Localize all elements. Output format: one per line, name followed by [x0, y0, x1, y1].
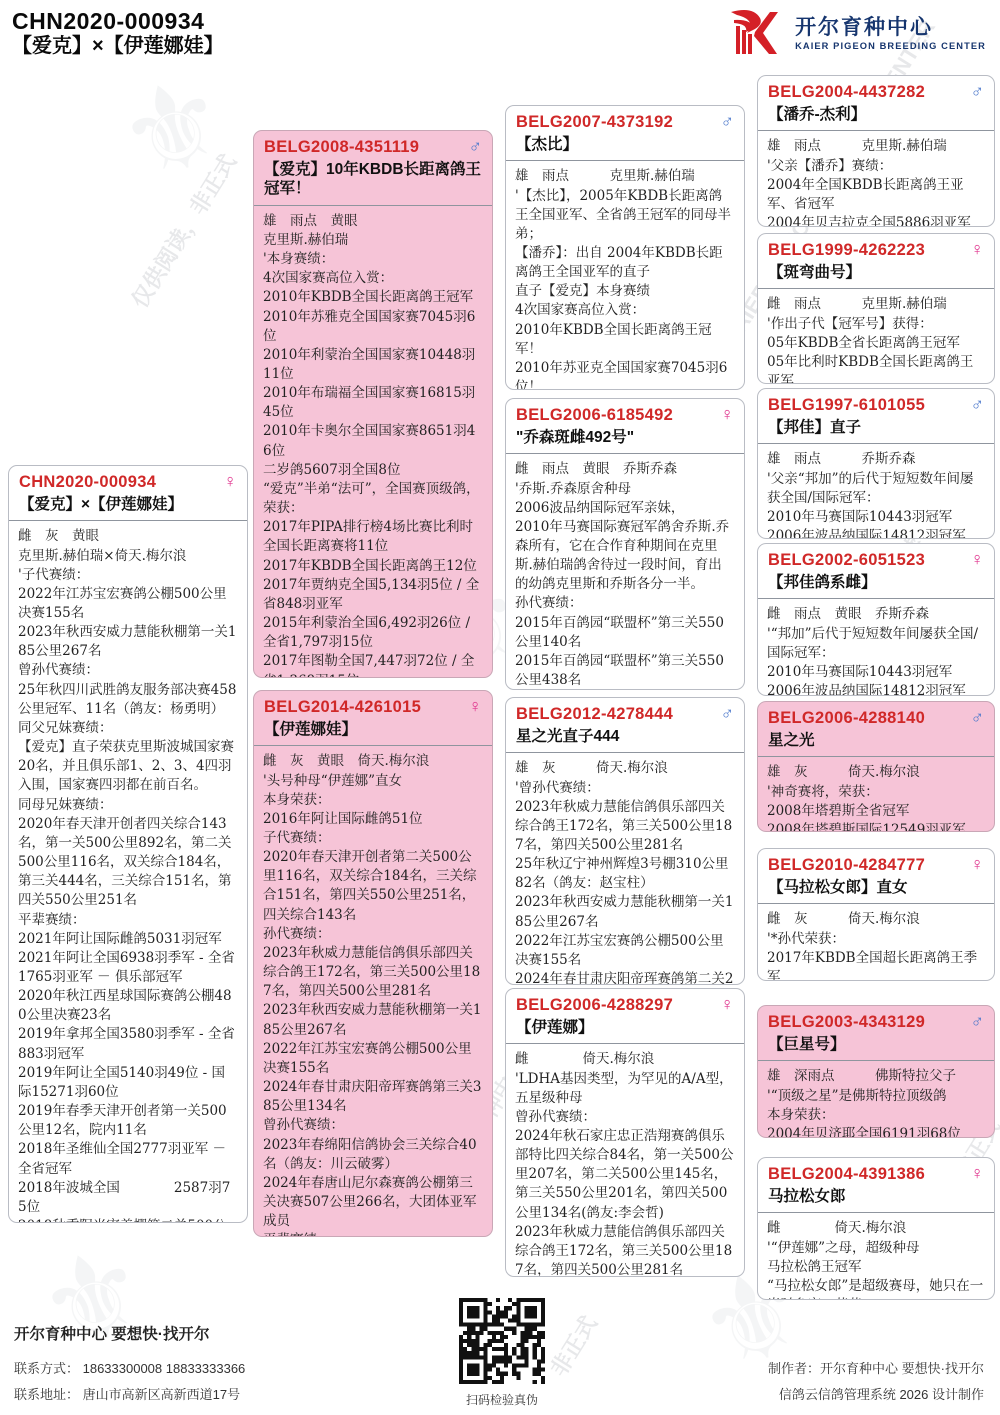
pigeon-name: 【伊莲娜娃】: [264, 720, 482, 739]
race-record: 雄 灰 倚天.梅尔浪 '神奇赛将，荣获： 2008年塔碧斯全省冠军 2008年塔…: [758, 757, 994, 831]
race-record: 雄 灰 倚天.梅尔浪 '曾孙代赛绩： 2023年秋威力慧能信鸽俱乐部四关综合鸽王…: [506, 753, 744, 984]
main-ring-number: CHN2020-000934: [12, 8, 224, 34]
ring-number: BELG1999-4262223: [768, 241, 925, 260]
pigeon-name: 【巨星号】: [768, 1035, 984, 1054]
pedigree-box-ggp-1: BELG2004-4437282 ♂ 【潘乔-杰利】 雄 雨点 克里斯.赫伯瑞 …: [757, 75, 995, 227]
race-record: 雌 灰 黄眼 倚天.梅尔浪 '头号种母“伊莲娜”直女 本身荣获： 2016年阿让…: [254, 746, 492, 1236]
maker-credit: 制作者：开尔育种中心 要想快·找开尔: [768, 1358, 984, 1377]
male-icon: ♂: [971, 1012, 985, 1030]
pedigree-box-ggp-7: BELG2003-4343129 ♂ 【巨星号】 雄 深雨点 佛斯特拉父子 '“…: [757, 1005, 995, 1138]
pedigree-box-dam: BELG2014-4261015 ♀ 【伊莲娜娃】 雌 灰 黄眼 倚天.梅尔浪 …: [253, 690, 493, 1237]
race-record: 雄 雨点 黄眼 克里斯.赫伯瑞 '本身赛绩： 4次国家赛高位入赏： 2010年K…: [254, 206, 492, 677]
race-record: 雌 雨点 克里斯.赫伯瑞 '作出子代【冠军号】获得： 05年KBDB全省长距离鸽…: [758, 289, 994, 383]
male-icon: ♂: [971, 395, 985, 413]
ring-number: CHN2020-000934: [19, 473, 156, 492]
contact-address: 联系地址： 唐山市高新区高新西道17号: [14, 1384, 240, 1403]
pedigree-box-grandsire-maternal: BELG2012-4278444 ♂ 星之光直子444 雄 灰 倚天.梅尔浪 '…: [505, 697, 745, 985]
race-record: 雌 雨点 黄眼 乔斯乔森 '“邦加”后代于短短数年间屡获全国/国际冠军： 201…: [758, 599, 994, 695]
male-icon: ♂: [469, 137, 483, 155]
pedigree-box-granddam-paternal: BELG2006-6185492 ♀ "乔森斑雌492号" 雌 雨点 黄眼 乔斯…: [505, 398, 745, 690]
contact-phone: 联系方式： 18633300008 18833333366: [14, 1358, 245, 1377]
pedigree-certificate-page: 仅供阅读，非正式 仅供阅读 非正式 开尔育种中心 仅供阅读 仅供阅读，非正式 非…: [0, 0, 1000, 1415]
ring-number: BELG2010-4284777: [768, 856, 925, 875]
pedigree-box-ggp-8: BELG2004-4391386 ♀ 马拉松女郎 雌 倚天.梅尔浪 '“伊莲娜”…: [757, 1157, 995, 1300]
ring-number: BELG2012-4278444: [516, 705, 673, 724]
pedigree-box-granddam-maternal: BELG2006-4288297 ♀ 【伊莲娜】 雌 倚天.梅尔浪 'LDHA基…: [505, 988, 745, 1277]
qr-code: [459, 1298, 545, 1384]
race-record: 雄 深雨点 佛斯特拉父子 '“顶级之星”是佛斯特拉顶级鸽 本身荣获： 2004年…: [758, 1061, 994, 1137]
female-icon: ♀: [971, 855, 985, 873]
ring-number: BELG2002-6051523: [768, 551, 925, 570]
female-icon: ♀: [971, 550, 985, 568]
ring-number: BELG2004-4437282: [768, 83, 925, 102]
race-record: 雌 倚天.梅尔浪 'LDHA基因类型，为罕见的A/A型，五星级种母 曾孙代赛绩：…: [506, 1044, 744, 1276]
ring-number: BELG2008-4351119: [264, 138, 419, 157]
race-record: 雌 灰 黄眼 克里斯.赫伯瑞×倚天.梅尔浪 '子代赛绩： 2022年江苏宝宏赛鸽…: [9, 521, 247, 1222]
pigeon-name: 马拉松女郎: [768, 1187, 984, 1206]
logo-chinese-name: 开尔育种中心: [795, 16, 986, 39]
race-record: 雄 雨点 乔斯乔森 '父亲“邦加”的后代于短短数年间屡获全国/国际冠军： 201…: [758, 444, 994, 538]
pigeon-name: 【邦佳】直子: [768, 418, 984, 437]
pairing-title: 【爱克】×【伊莲娜娃】: [12, 34, 224, 58]
pigeon-name: 【伊莲娜】: [516, 1018, 734, 1037]
ring-number: BELG2006-6185492: [516, 406, 673, 425]
ring-number: BELG2014-4261015: [264, 698, 421, 717]
pedigree-box-ggp-2: BELG1999-4262223 ♀ 【斑弯曲号】 雌 雨点 克里斯.赫伯瑞 '…: [757, 233, 995, 384]
watermark-text: 非正式: [542, 1309, 603, 1381]
female-icon: ♀: [721, 995, 735, 1013]
ring-number: BELG2003-4343129: [768, 1013, 925, 1032]
male-icon: ♂: [721, 112, 735, 130]
page-title: CHN2020-000934 【爱克】×【伊莲娜娃】: [12, 8, 224, 58]
pigeon-name: "乔森斑雌492号": [516, 428, 734, 447]
breeding-center-logo: 开尔育种中心 KAIER PIGEON BREEDING CENTER: [727, 6, 986, 61]
female-icon: ♀: [971, 240, 985, 258]
logo-text: 开尔育种中心 KAIER PIGEON BREEDING CENTER: [795, 16, 986, 51]
pedigree-box-sire: BELG2008-4351119 ♂ 【爱克】10年KBDB长距离鸽王冠军！ 雄…: [253, 130, 493, 678]
pigeon-name: 星之光: [768, 731, 984, 750]
female-icon: ♀: [224, 472, 238, 490]
qr-label: 扫码检验真伪: [458, 1391, 546, 1408]
ring-number: BELG2004-4391386: [768, 1165, 925, 1184]
system-credit: 信鸽云信鸽管理系统 2026 设计制作: [779, 1384, 984, 1403]
ring-number: BELG2006-4288297: [516, 996, 673, 1015]
male-icon: ♂: [971, 82, 985, 100]
ring-number: BELG2006-4288140: [768, 709, 925, 728]
pedigree-box-ggp-3: BELG1997-6101055 ♂ 【邦佳】直子 雄 雨点 乔斯乔森 '父亲“…: [757, 388, 995, 539]
pedigree-box-subject: CHN2020-000934 ♀ 【爱克】×【伊莲娜娃】 雌 灰 黄眼 克里斯.…: [8, 465, 248, 1223]
female-icon: ♀: [469, 697, 483, 715]
race-record: 雌 灰 倚天.梅尔浪 '*孙代荣获： 2017年KBDB全国超长距离鸽王季军 曾…: [758, 904, 994, 980]
race-record: 雌 雨点 黄眼 乔斯乔森 '乔斯.乔森原舍种母 2006波品纳国际冠军亲妹， 2…: [506, 454, 744, 689]
pedigree-box-ggp-5: BELG2006-4288140 ♂ 星之光 雄 灰 倚天.梅尔浪 '神奇赛将，…: [757, 701, 995, 832]
pedigree-box-grandsire-paternal: BELG2007-4373192 ♂ 【杰比】 雄 雨点 克里斯.赫伯瑞 '【杰…: [505, 105, 745, 390]
ring-number: BELG2007-4373192: [516, 113, 673, 132]
logo-english-name: KAIER PIGEON BREEDING CENTER: [795, 41, 986, 51]
qr-block: 扫码检验真伪: [458, 1298, 546, 1408]
pigeon-name: 【潘乔-杰利】: [768, 105, 984, 124]
pigeon-name: 【爱克】×【伊莲娜娃】: [19, 495, 237, 514]
male-icon: ♂: [971, 708, 985, 726]
female-icon: ♀: [971, 1164, 985, 1182]
male-icon: ♂: [721, 704, 735, 722]
footer-slogan: 开尔育种中心 要想快·找开尔: [14, 1322, 209, 1344]
kaier-k-bird-icon: [727, 6, 785, 61]
pigeon-name: 【杰比】: [516, 135, 734, 154]
pigeon-name: 星之光直子444: [516, 727, 734, 746]
pedigree-box-ggp-6: BELG2010-4284777 ♀ 【马拉松女郎】直女 雌 灰 倚天.梅尔浪 …: [757, 848, 995, 981]
race-record: 雄 雨点 克里斯.赫伯瑞 '父亲【潘乔】赛绩： 2004年全国KBDB长距离鸽王…: [758, 131, 994, 226]
pigeon-name: 【邦佳鸽系雌】: [768, 573, 984, 592]
female-icon: ♀: [721, 405, 735, 423]
race-record: 雌 倚天.梅尔浪 '“伊莲娜”之母，超级种母 马拉松鸽王冠军 “马拉松女郎”是超…: [758, 1213, 994, 1299]
ring-number: BELG1997-6101055: [768, 396, 925, 415]
pigeon-name: 【斑弯曲号】: [768, 263, 984, 282]
race-record: 雄 雨点 克里斯.赫伯瑞 '【杰比】，2005年KBDB长距离鸽王全国亚军、全省…: [506, 161, 744, 389]
watermark-logo: ⚜: [99, 46, 248, 213]
pedigree-box-ggp-4: BELG2002-6051523 ♀ 【邦佳鸽系雌】 雌 雨点 黄眼 乔斯乔森 …: [757, 543, 995, 696]
pigeon-name: 【爱克】10年KBDB长距离鸽王冠军！: [264, 160, 482, 199]
pigeon-name: 【马拉松女郎】直女: [768, 878, 984, 897]
watermark-text: 仅供阅读，非正式: [123, 148, 243, 314]
